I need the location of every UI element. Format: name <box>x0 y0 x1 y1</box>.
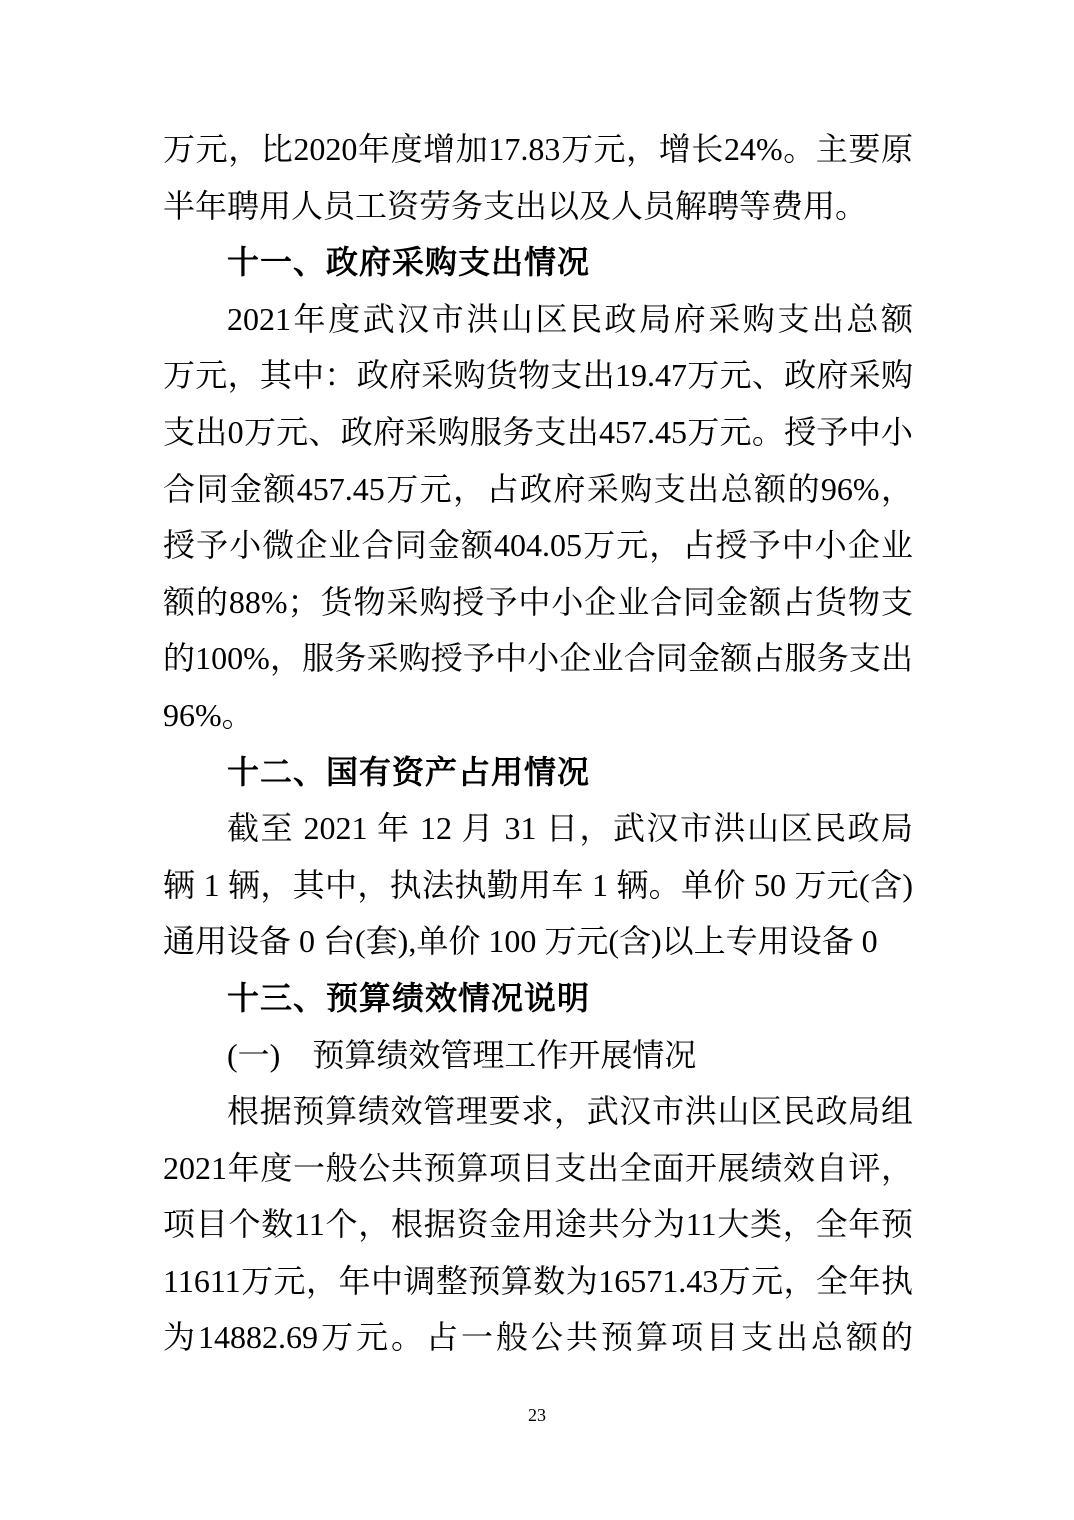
document-body: 万元，比2020年度增加17.83万元，增长24%。主要原因是上 半年聘用人员工… <box>163 121 913 1366</box>
text-line: 为14882.69万元。占一般公共预算项目支出总额的100%。从 <box>163 1309 913 1366</box>
text-line: 额的88%；货物采购授予中小企业合同金额占货物支出金额 <box>163 574 913 631</box>
document-page: 万元，比2020年度增加17.83万元，增长24%。主要原因是上 半年聘用人员工… <box>0 0 1074 1520</box>
text-line: 万元，比2020年度增加17.83万元，增长24%。主要原因是上 <box>163 121 913 178</box>
section-heading-13: 十三、预算绩效情况说明 <box>163 970 913 1027</box>
text-line: 96%。 <box>163 687 913 744</box>
text-line: 2021年度一般公共预算项目支出全面开展绩效自评，共涉及 <box>163 1140 913 1197</box>
text-line: 的100%，服务采购授予中小企业合同金额占服务支出金额的 <box>163 630 913 687</box>
text-line: 项目个数11个，根据资金用途共分为11大类，全年预算数为 <box>163 1196 913 1253</box>
text-line: 根据预算绩效管理要求，武汉市洪山区民政局组织对 <box>163 1083 913 1140</box>
text-line: 截至 2021 年 12 月 31 日，武汉市洪山区民政局共有车 <box>163 800 913 857</box>
text-line: 通用设备 0 台(套),单价 100 万元(含)以上专用设备 0 台(套)。 <box>163 913 913 970</box>
section-heading-12: 十二、国有资产占用情况 <box>163 744 913 801</box>
text-line: 半年聘用人员工资劳务支出以及人员解聘等费用。 <box>163 178 913 235</box>
text-line: 辆 1 辆，其中，执法执勤用车 1 辆。单价 50 万元(含)以上 <box>163 857 913 914</box>
page-number: 23 <box>0 1405 1074 1426</box>
text-line: 支出0万元、政府采购服务支出457.45万元。授予中小企业 <box>163 404 913 461</box>
subsection-heading: (一) 预算绩效管理工作开展情况 <box>163 1027 913 1084</box>
section-heading-11: 十一、政府采购支出情况 <box>163 234 913 291</box>
text-line: 11611万元，年中调整预算数为16571.43万元，全年执行数 <box>163 1253 913 1310</box>
text-line: 2021年度武汉市洪山区民政局府采购支出总额476.92 <box>163 291 913 348</box>
text-line: 合同金额457.45万元，占政府采购支出总额的96%，其中： <box>163 461 913 518</box>
text-line: 授予小微企业合同金额404.05万元，占授予中小企业合同金 <box>163 517 913 574</box>
text-line: 万元，其中：政府采购货物支出19.47万元、政府采购工程 <box>163 347 913 404</box>
